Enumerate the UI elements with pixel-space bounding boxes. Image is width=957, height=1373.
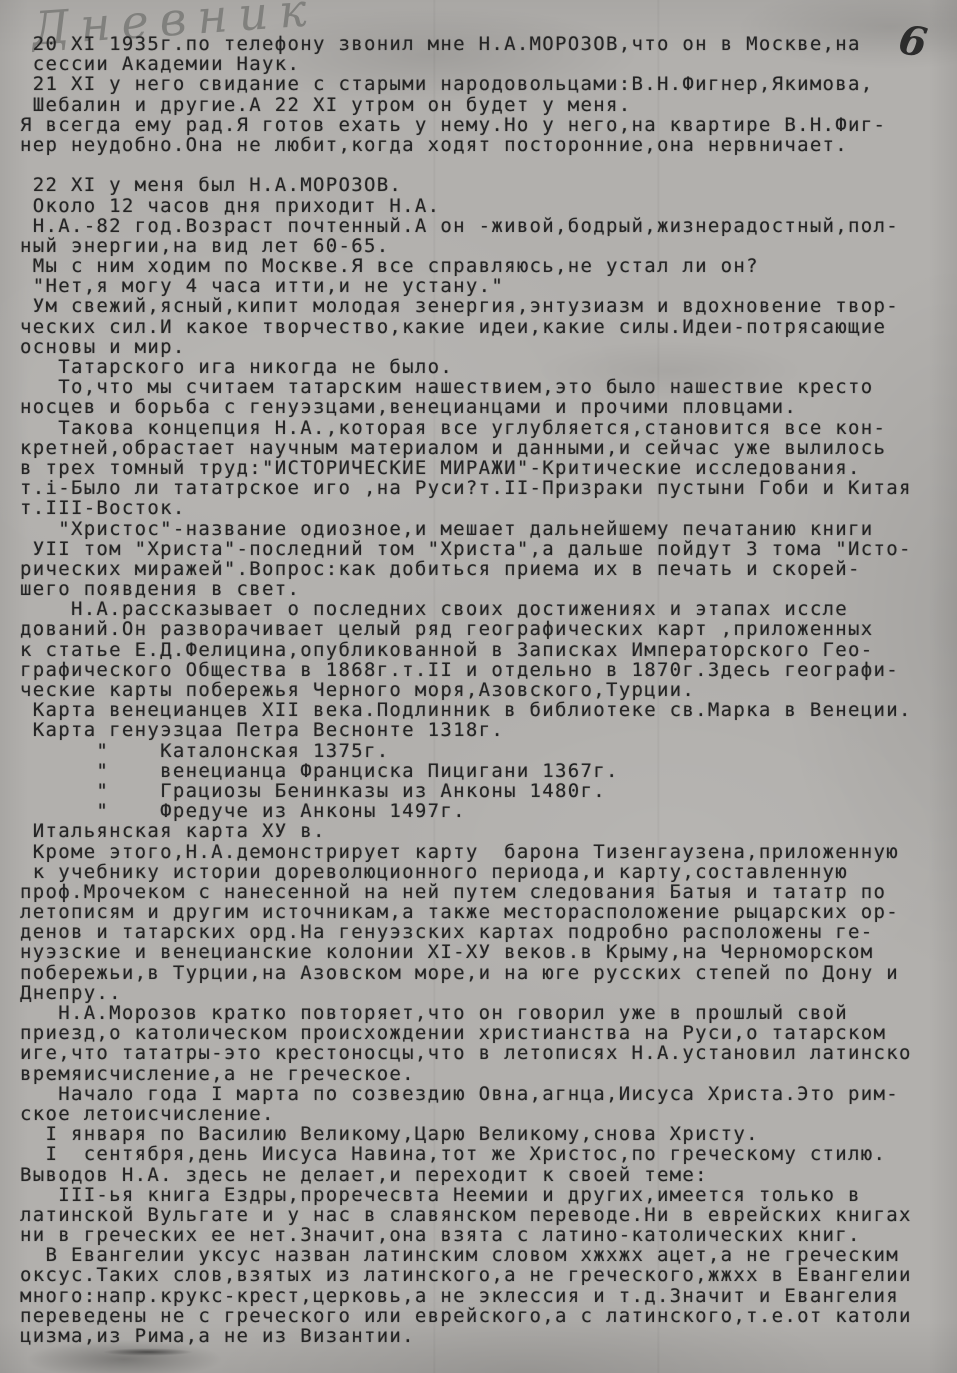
text-line: кретней,обрастает научным материалом и д… [20, 438, 957, 458]
text-line: То,что мы считаем татарским нашествием,э… [20, 377, 957, 397]
text-line [20, 155, 957, 175]
text-line: I сентября,день Иисуса Навина,тот же Хри… [20, 1144, 957, 1164]
text-line: нуэзские и венецианские колонии XI-ХУ ве… [20, 942, 957, 962]
typewritten-text: 20 XI 1935г.по телефону звонил мне Н.А.М… [20, 34, 957, 1346]
text-line: УII том "Христа"-последний том "Христа",… [20, 539, 957, 559]
text-line: ный энергии,на вид лет 60-65. [20, 236, 957, 256]
text-line: ческие карты побережья Черного моря,Азов… [20, 680, 957, 700]
text-line: I января по Василию Великому,Царю Велико… [20, 1124, 957, 1144]
text-line: времяисчисление,а не греческое. [20, 1064, 957, 1084]
text-line: Шебалин и другие.А 22 XI утром он будет … [20, 95, 957, 115]
text-line: Ум свежий,ясный,кипит молодая зенергия,э… [20, 296, 957, 316]
text-line: денов и татарских орд.На генуэзских карт… [20, 922, 957, 942]
text-line: дований.Он разворачивает целый ряд геогр… [20, 619, 957, 639]
text-line: в трех томный труд:"ИСТОРИЧЕСКИЕ МИРАЖИ"… [20, 458, 957, 478]
text-line: шего появдения в свет. [20, 579, 957, 599]
text-line: 20 XI 1935г.по телефону звонил мне Н.А.М… [20, 34, 957, 54]
text-line: "Христос"-название одиозное,и мешает дал… [20, 519, 957, 539]
text-line: проф.Мрочеком с нанесенной на ней путем … [20, 882, 957, 902]
text-line: к статье Е.Д.Фелицина,опубликованной в З… [20, 640, 957, 660]
text-line: иге,что тататры-это крестоносцы,что в ле… [20, 1043, 957, 1063]
text-line: переведены не с греческого или еврейског… [20, 1306, 957, 1326]
text-line: носцев и борьба с генуэзцами,венецианцам… [20, 397, 957, 417]
text-line: к учебнику истории дореволюционного пери… [20, 862, 957, 882]
text-line: латинской Вульгате и у нас в славянском … [20, 1205, 957, 1225]
text-line: Начало года I марта по созвездию Овна,аг… [20, 1084, 957, 1104]
text-line: " Фредуче из Анконы 1497г. [20, 801, 957, 821]
text-line: " Грациозы Бенинказы из Анконы 1480г. [20, 781, 957, 801]
text-line: " Каталонская 1375г. [20, 741, 957, 761]
text-line: Карта венецианцев XII века.Подлинник в б… [20, 700, 957, 720]
text-line: т.III-Восток. [20, 498, 957, 518]
scanned-page: Дневник 6 20 XI 1935г.по телефону звонил… [0, 0, 957, 1373]
text-line: Мы с ним ходим по Москве.Я все справляюс… [20, 256, 957, 276]
text-line: В Евангелии уксус назван латинским слово… [20, 1245, 957, 1265]
text-line: нер неудобно.Она не любит,когда ходят по… [20, 135, 957, 155]
text-line: Н.А.рассказывает о последних своих дости… [20, 599, 957, 619]
text-line: т.i-Было ли тататрское иго ,на Руси?т.II… [20, 478, 957, 498]
text-line: Днепру.. [20, 983, 957, 1003]
text-line: оксус.Таких слов,взятых из латинского,а … [20, 1265, 957, 1285]
text-line: летописям и другим источникам,а также ме… [20, 902, 957, 922]
text-line: ческих сил.И какое творчество,какие идеи… [20, 317, 957, 337]
text-line: Н.А.Морозов кратко повторяет,что он гово… [20, 1003, 957, 1023]
text-line: 22 XI у меня был Н.А.МОРОЗОВ. [20, 175, 957, 195]
text-line: цизма,из Рима,а не из Византии. [20, 1326, 957, 1346]
text-line: ское летоисчисление. [20, 1104, 957, 1124]
text-line: 21 XI у него свидание с старыми народово… [20, 74, 957, 94]
text-line: Н.А.-82 год.Возраст почтенный.А он -живо… [20, 216, 957, 236]
text-line: графического Общества в 1868г.т.II и отд… [20, 660, 957, 680]
text-line: III-ья книга Ездры,проречесвта Неемии и … [20, 1185, 957, 1205]
text-line: Итальянская карта ХУ в. [20, 821, 957, 841]
text-line: Около 12 часов дня приходит Н.А. [20, 196, 957, 216]
text-line: побережьи,в Турции,на Азовском море,и на… [20, 963, 957, 983]
text-line: основы и мир. [20, 337, 957, 357]
text-line: Татарского ига никогда не было. [20, 357, 957, 377]
text-line: ни в греческих ее нет.Значит,она взята с… [20, 1225, 957, 1245]
text-line: сессии Академии Наук. [20, 54, 957, 74]
text-line: " венецианца Франциска Пицигани 1367г. [20, 761, 957, 781]
text-line: приезд,о католическом происхождении хрис… [20, 1023, 957, 1043]
text-line: Такова концепция Н.А.,которая все углубл… [20, 418, 957, 438]
text-line: Я всегда ему рад.Я готов ехать у нему.Но… [20, 115, 957, 135]
text-line: Выводов Н.А. здесь не делает,и переходит… [20, 1165, 957, 1185]
ink-smudge [88, 1347, 208, 1357]
text-line: рических миражей".Вопрос:как добиться пр… [20, 559, 957, 579]
text-line: "Нет,я могу 4 часа итти,и не устану." [20, 276, 957, 296]
text-line: много:напр.крукс-крест,церковь,а не экле… [20, 1286, 957, 1306]
text-line: Карта генуэзцаа Петра Веснонте 1318г. [20, 720, 957, 740]
text-line: Кроме этого,Н.А.демонстрирует карту баро… [20, 842, 957, 862]
